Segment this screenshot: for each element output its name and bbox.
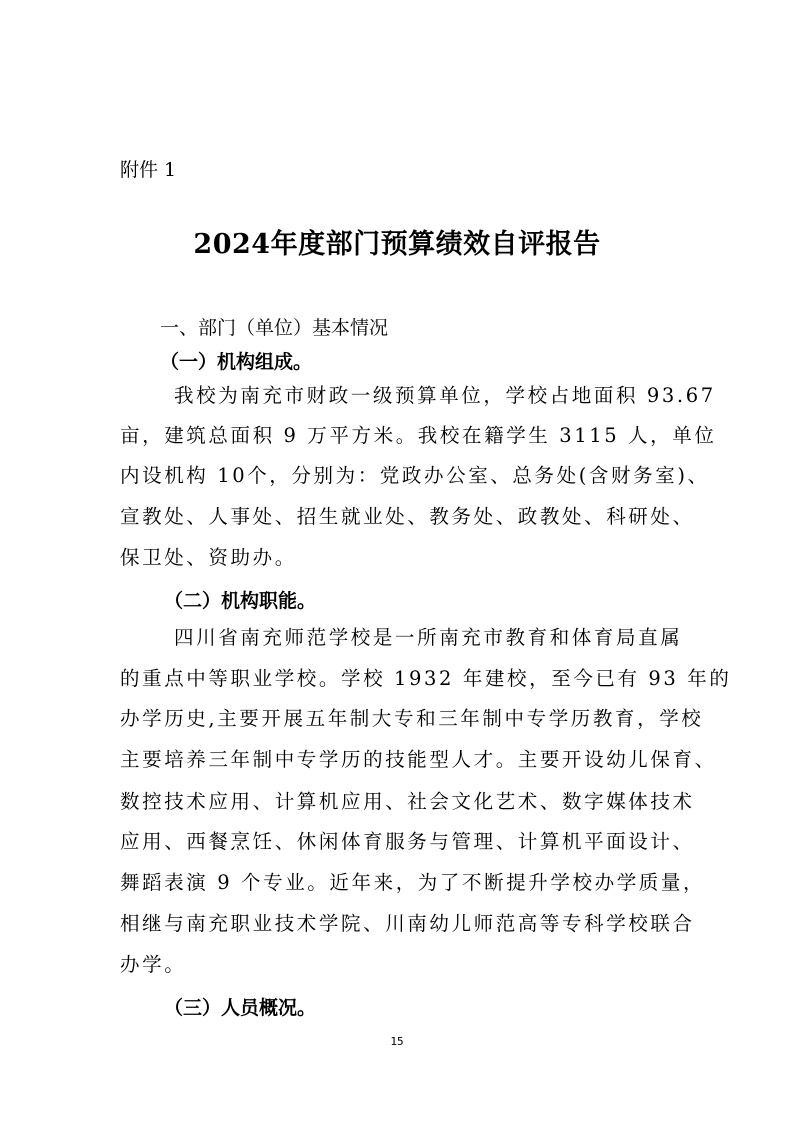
paragraph-line: 保卫处、资助办。 xyxy=(120,546,673,570)
paragraph-line: 宣教处、人事处、招生就业处、教务处、政教处、科研处、 xyxy=(120,505,673,529)
paragraph-line: 的重点中等职业学校。学校 1932 年建校，至今已有 93 年的 xyxy=(120,667,673,691)
paragraph-line: 办学历史,主要开展五年制大专和三年制中专学历教育，学校 xyxy=(120,707,673,731)
paragraph-line: 四川省南充师范学校是一所南充市教育和体育局直属 xyxy=(174,626,673,650)
paragraph-line: 亩，建筑总面积 9 万平方米。我校在籍学生 3115 人，单位 xyxy=(120,424,673,448)
section-heading-basic-info: 一、部门（单位）基本情况 xyxy=(160,316,388,340)
subheading-personnel: （三）人员概况。 xyxy=(164,996,316,1020)
paragraph-line: 我校为南充市财政一级预算单位，学校占地面积 93.67 xyxy=(174,384,673,408)
paragraph-line: 数控技术应用、计算机应用、社会文化艺术、数字媒体技术 xyxy=(120,790,673,814)
subheading-organization: （一）机构组成。 xyxy=(160,350,312,374)
paragraph-line: 应用、西餐烹饪、休闲体育服务与管理、计算机平面设计、 xyxy=(120,830,673,854)
paragraph-line: 舞蹈表演 9 个专业。近年来，为了不断提升学校办学质量， xyxy=(120,871,673,895)
page-number: 15 xyxy=(0,1030,794,1054)
subheading-functions: （二）机构职能。 xyxy=(164,589,316,613)
paragraph-line: 相继与南充职业技术学院、川南幼儿师范高等专科学校联合 xyxy=(120,912,673,936)
attachment-label: 附件 1 xyxy=(120,158,176,182)
paragraph-line: 办学。 xyxy=(120,953,673,977)
paragraph-line: 内设机构 10个，分别为：党政办公室、总务处(含财务室)、 xyxy=(120,464,673,488)
page-title: 2024年度部门预算绩效自评报告 xyxy=(0,228,794,262)
paragraph-line: 主要培养三年制中专学历的技能型人才。主要开设幼儿保育、 xyxy=(120,748,673,772)
